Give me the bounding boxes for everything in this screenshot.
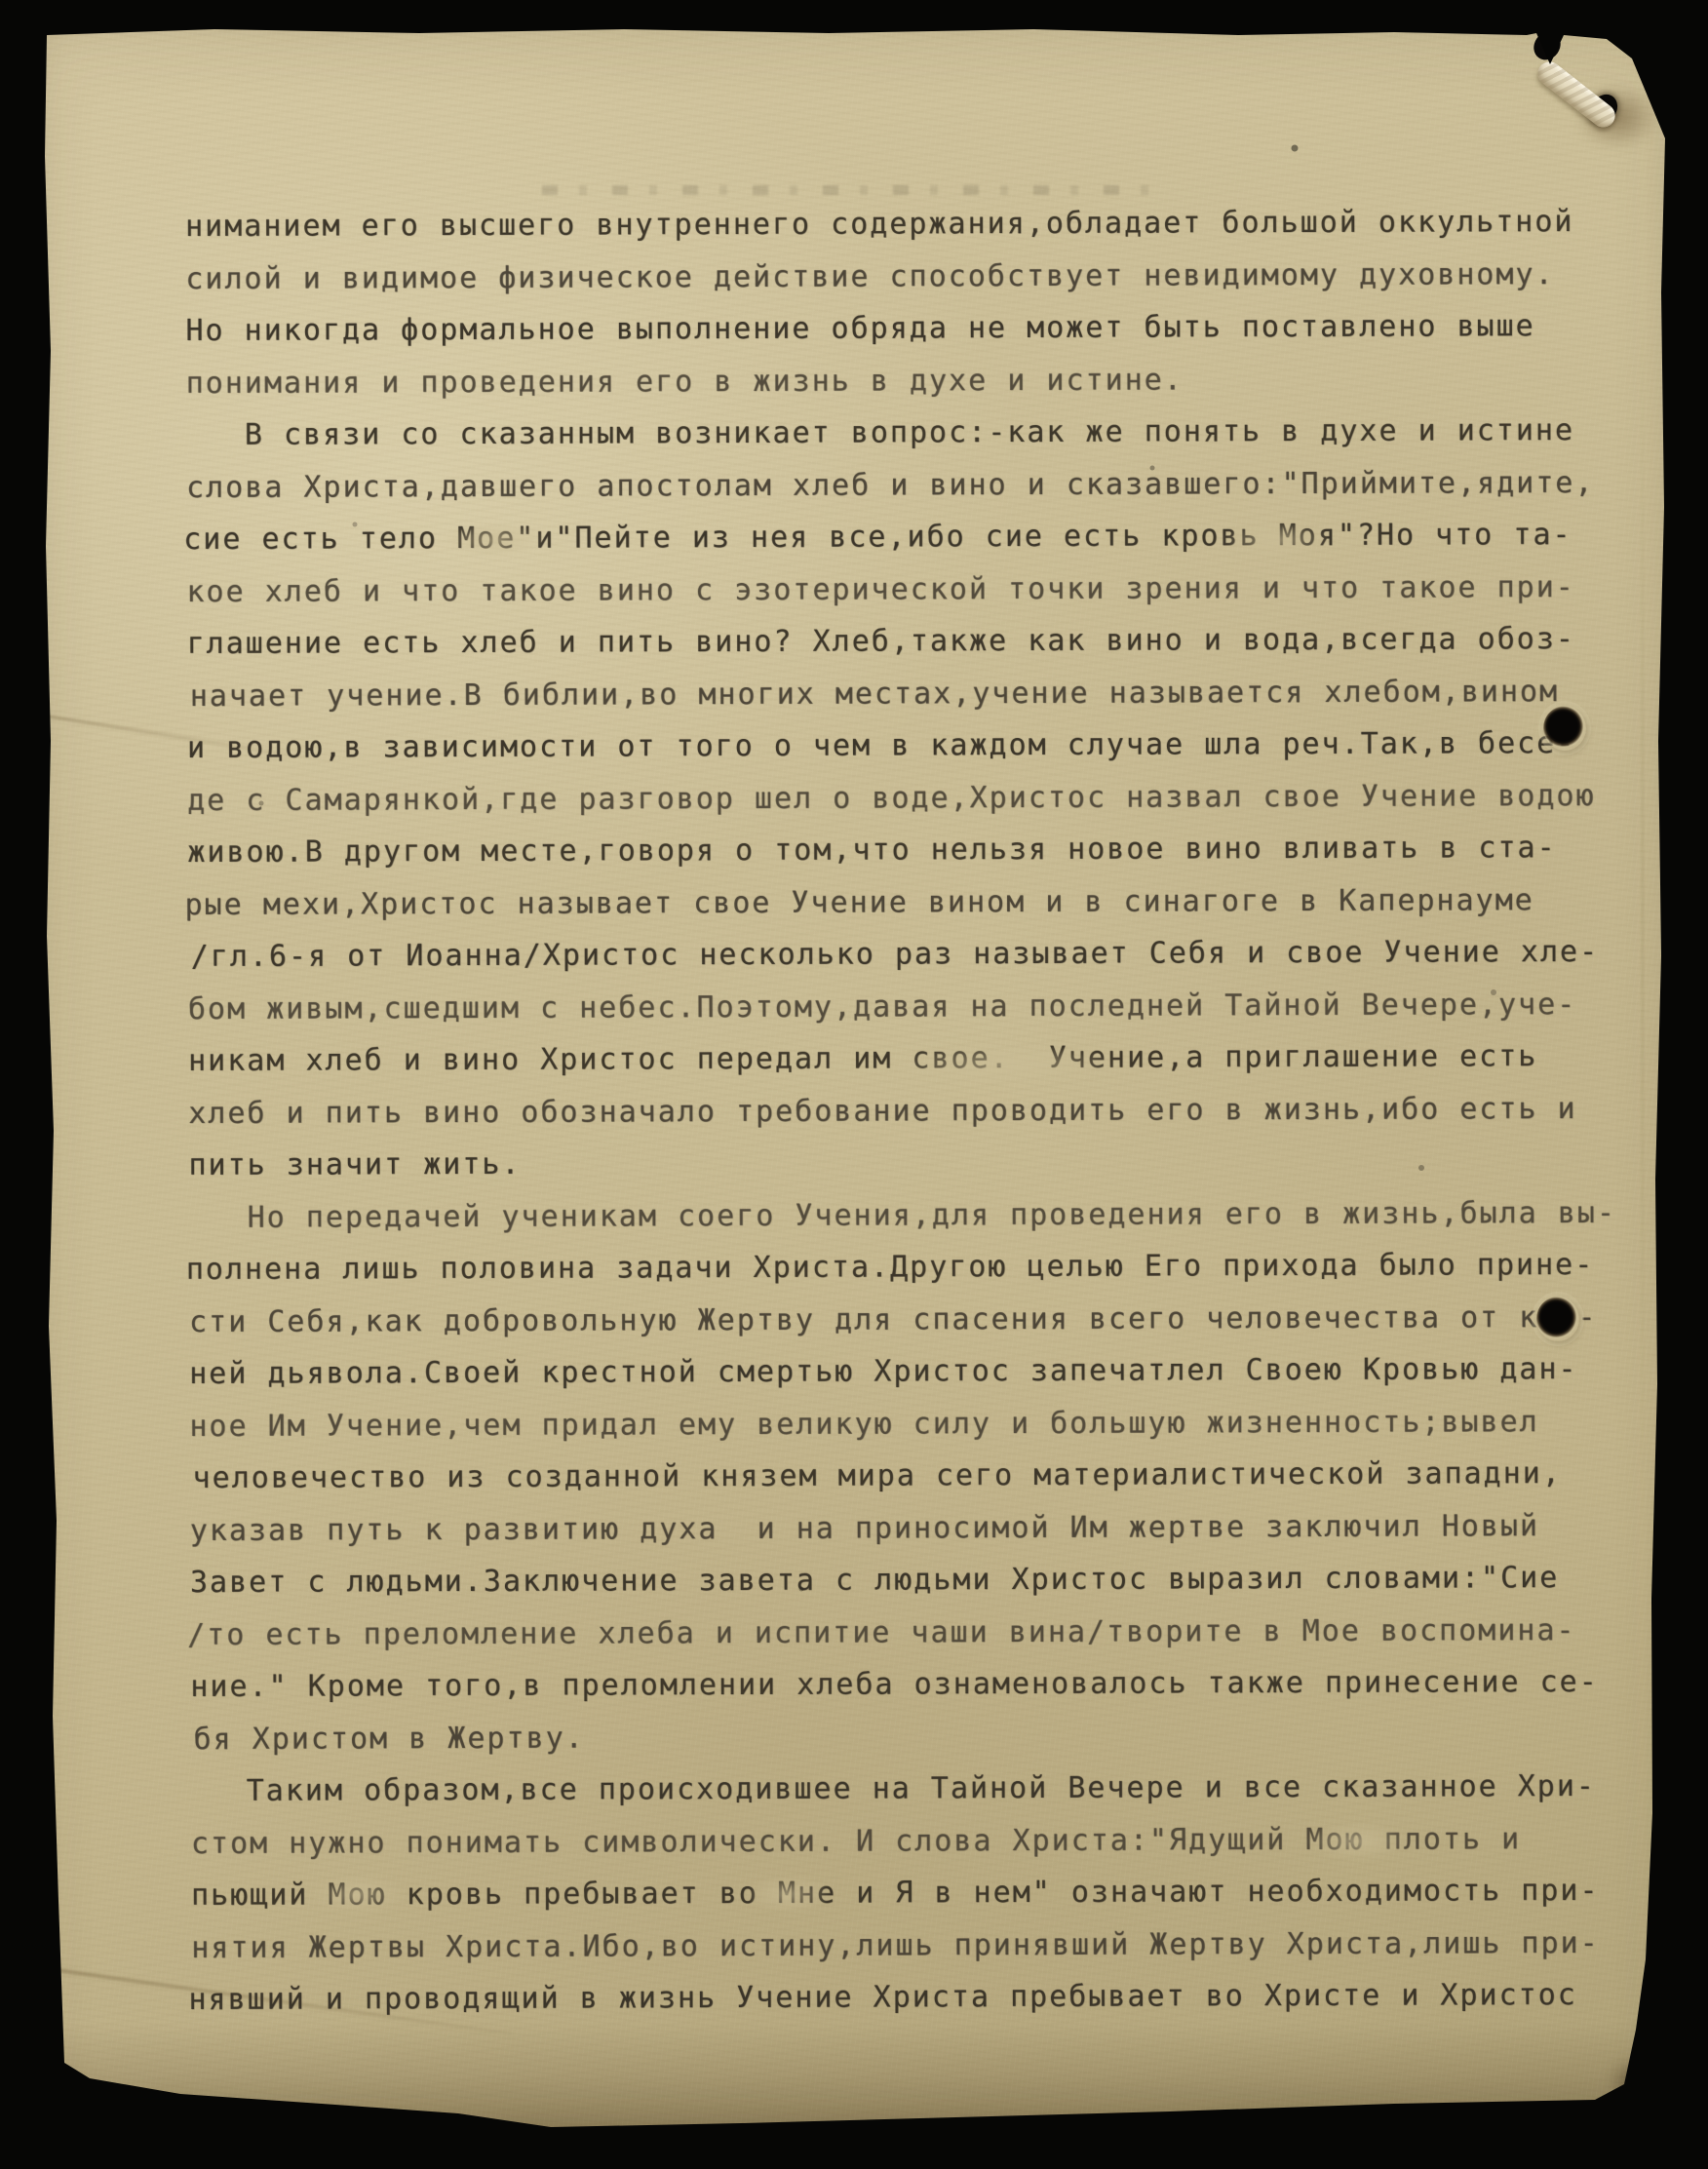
binding-string bbox=[1517, 25, 1702, 172]
typewritten-text: ниманием его высшего внутреннего содержа… bbox=[185, 196, 1654, 2027]
text-line: Таким образом,все происходившее на Тайно… bbox=[191, 1761, 1653, 1818]
document-page: ниманием его высшего внутреннего содержа… bbox=[0, 0, 1708, 2169]
text-line: пьющий Мою кровь пребывает во Мне и Я в … bbox=[191, 1865, 1653, 1922]
text-line: хлеб и пить вино обозначало требование п… bbox=[188, 1082, 1650, 1140]
string-hole bbox=[1529, 26, 1567, 64]
string-smudge bbox=[1564, 76, 1671, 158]
text-line: /то есть преломление хлеба и испитие чаш… bbox=[187, 1604, 1650, 1661]
text-line: сти Себя,как добровольную Жертву для спа… bbox=[189, 1291, 1651, 1348]
text-line: силой и видимое физическое действие спос… bbox=[185, 248, 1648, 305]
text-line: ниманием его высшего внутреннего содержа… bbox=[185, 196, 1648, 253]
scan-background: ниманием его высшего внутреннего содержа… bbox=[0, 0, 1708, 2169]
text-line: пить значит жить. bbox=[188, 1135, 1650, 1192]
text-line: нятия Жертвы Христа.Ибо,во истину,лишь п… bbox=[191, 1917, 1653, 1974]
text-line: живою.В другом месте,говоря о том,что не… bbox=[187, 822, 1650, 879]
text-line: /гл.6-я от Иоанна/Христос несколько раз … bbox=[191, 926, 1653, 984]
bleedthrough-marks bbox=[542, 185, 1166, 195]
text-line: ное Им Учение,чем придал ему великую сил… bbox=[189, 1395, 1651, 1452]
text-line: Но никогда формальное выполнение обряда … bbox=[185, 300, 1648, 358]
string-strand bbox=[1533, 58, 1620, 133]
text-line: нявший и проводящий в жизнь Учение Христ… bbox=[188, 1969, 1650, 2027]
text-line: полнена лишь половина задачи Христа.Друг… bbox=[186, 1239, 1649, 1297]
text-line: человечество из созданной князем мира се… bbox=[192, 1448, 1654, 1505]
text-line: Завет с людьми.Заключение завета с людьм… bbox=[190, 1552, 1652, 1609]
text-line: ние." Кроме того,в преломлении хлеба озн… bbox=[190, 1656, 1652, 1714]
text-line: стом нужно понимать символически. И слов… bbox=[191, 1812, 1653, 1870]
text-line: ней дьявола.Своей крестной смертью Христ… bbox=[189, 1343, 1651, 1401]
text-line: указав путь к развитию духа и на приноси… bbox=[190, 1499, 1652, 1557]
text-line: начает учение.В библии,во многих местах,… bbox=[190, 665, 1652, 722]
text-line: де с Самарянкой,где разговор шел о воде,… bbox=[187, 769, 1650, 827]
text-line: бом живым,сшедшим с небес.Поэтому,давая … bbox=[188, 978, 1650, 1035]
text-line: глашение есть хлеб и пить вино? Хлеб,так… bbox=[186, 613, 1649, 671]
text-line: В связи со сказанным возникает вопрос:-к… bbox=[189, 405, 1651, 462]
ink-specks bbox=[0, 0, 4, 4]
text-line: слова Христа,давшего апостолам хлеб и ви… bbox=[186, 456, 1649, 514]
bottom-edge-shading bbox=[0, 2023, 1708, 2169]
hole-punch bbox=[1536, 1297, 1579, 1341]
text-line: бя Христом в Жертву. bbox=[193, 1708, 1655, 1765]
text-line: и водою,в зависимости от того о чем в ка… bbox=[187, 717, 1650, 775]
hole-punch bbox=[1543, 706, 1586, 751]
text-line: рые мехи,Христос называет свое Учение ви… bbox=[184, 873, 1647, 931]
text-line: Но передачей ученикам соего Учения,для п… bbox=[192, 1186, 1654, 1244]
text-line: кое хлеб и что такое вино с эзотерическо… bbox=[186, 561, 1649, 618]
left-edge-shading bbox=[0, 0, 45, 2169]
text-line: никам хлеб и вино Христос передал им сво… bbox=[188, 1030, 1650, 1088]
string-hole bbox=[1584, 89, 1623, 129]
text-line: сие есть тело Мое"и"Пейте из нея все,ибо… bbox=[183, 509, 1646, 566]
text-line: понимания и проведения его в жизнь в дух… bbox=[186, 352, 1649, 409]
